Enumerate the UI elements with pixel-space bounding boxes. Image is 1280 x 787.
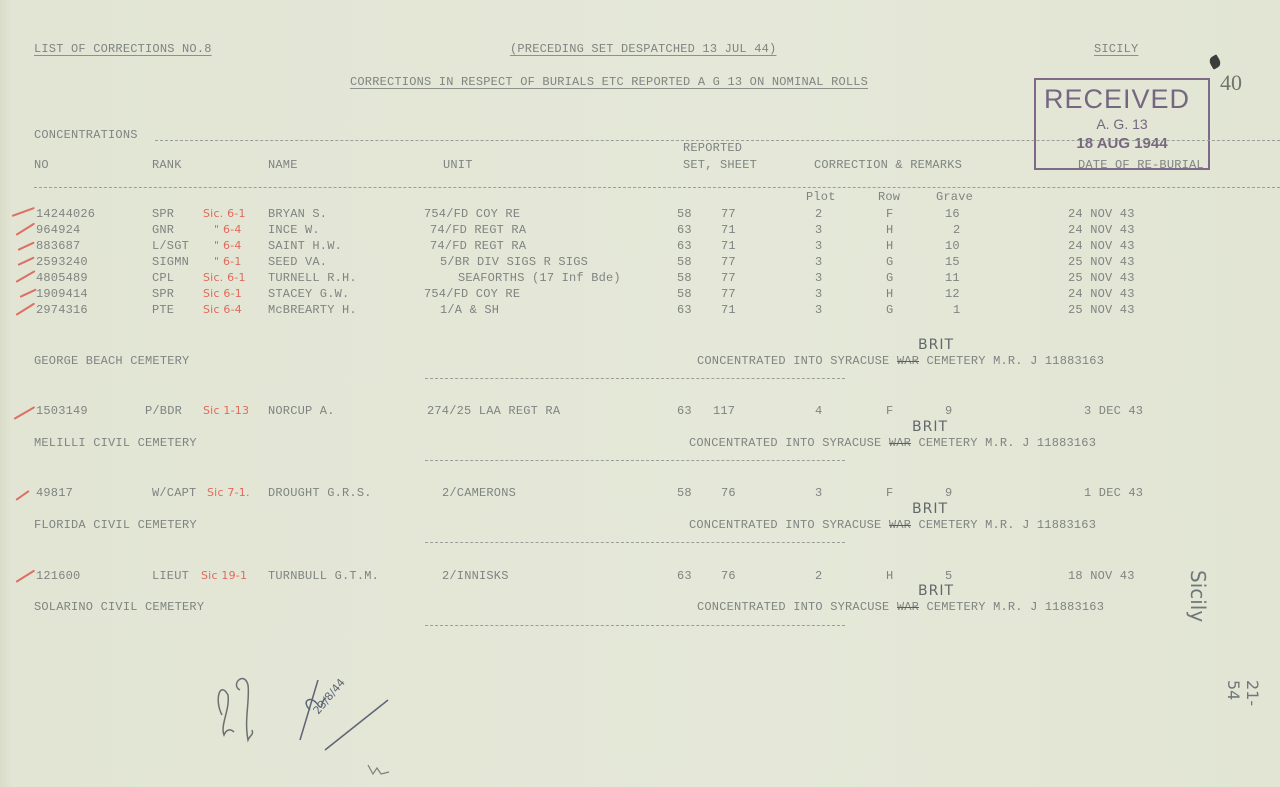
plot: 3	[815, 287, 822, 301]
plot: 4	[815, 404, 822, 418]
rank: PTE	[152, 303, 174, 317]
strikethrough	[889, 443, 911, 444]
rank: GNR	[152, 223, 174, 237]
grave: 9	[945, 404, 952, 418]
divider	[425, 378, 845, 379]
red-annotation: Sic. 6-1	[203, 271, 246, 285]
document-page: LIST OF CORRECTIONS NO.8 (PRECEDING SET …	[0, 0, 1280, 787]
rank: P/BDR	[145, 404, 182, 418]
unit: 2/CAMERONS	[442, 486, 516, 500]
col-plot: Plot	[806, 190, 836, 204]
red-check-icon	[14, 406, 36, 420]
divider	[34, 187, 1280, 188]
col-grave: Grave	[936, 190, 973, 204]
rank: SIGMN	[152, 255, 189, 269]
reburial-date: 24 NOV 43	[1068, 207, 1135, 221]
col-row: Row	[878, 190, 900, 204]
red-check-icon	[20, 288, 37, 297]
reburial-date: 25 NOV 43	[1068, 303, 1135, 317]
reburial-date: 24 NOV 43	[1068, 287, 1135, 301]
service-number: 1503149	[36, 404, 88, 418]
struck-word: WAR	[897, 600, 919, 614]
unit: 74/FD REGT RA	[430, 239, 526, 253]
set: 63	[677, 223, 692, 237]
name: TURNELL R.H.	[268, 271, 357, 285]
red-check-icon	[15, 490, 29, 501]
set: 58	[677, 486, 692, 500]
section-title: CONCENTRATIONS	[34, 128, 138, 142]
sheet: 77	[721, 271, 736, 285]
handwritten-insert: BRIT	[918, 337, 954, 353]
grave: 2	[953, 223, 960, 237]
service-number: 14244026	[36, 207, 95, 221]
name: INCE W.	[268, 223, 320, 237]
reburial-date: 24 NOV 43	[1068, 239, 1135, 253]
stamp-office: A. G. 13	[1036, 116, 1208, 132]
set: 58	[677, 255, 692, 269]
sheet: 77	[721, 207, 736, 221]
document-subtitle: CORRECTIONS IN RESPECT OF BURIALS ETC RE…	[350, 75, 868, 89]
name: STACEY G.W.	[268, 287, 349, 301]
stamp-title: RECEIVED	[1044, 84, 1190, 115]
strikethrough	[897, 607, 919, 608]
service-number: 1909414	[36, 287, 88, 301]
pencil-mark-icon	[1208, 54, 1223, 69]
set: 63	[677, 404, 692, 418]
remark-suffix: CEMETERY M.R. J 11883163	[926, 600, 1104, 614]
row: H	[886, 287, 893, 301]
set: 63	[677, 239, 692, 253]
service-number: 2974316	[36, 303, 88, 317]
sheet: 71	[721, 223, 736, 237]
cemetery-name: FLORIDA CIVIL CEMETERY	[34, 518, 197, 532]
rank: W/CAPT	[152, 486, 196, 500]
handwritten-signature-icon	[200, 640, 400, 780]
grave: 16	[945, 207, 960, 221]
sheet: 117	[713, 404, 735, 418]
rank: SPR	[152, 207, 174, 221]
struck-word: WAR	[889, 518, 911, 532]
grave: 5	[945, 569, 952, 583]
divider	[425, 460, 845, 461]
sheet: 77	[721, 287, 736, 301]
remark-text: CONCENTRATED INTO SYRACUSE WAR CEMETERY …	[697, 600, 1104, 614]
set: 58	[677, 207, 692, 221]
red-check-icon	[12, 207, 35, 217]
list-title: LIST OF CORRECTIONS NO.8	[34, 42, 212, 56]
rank: CPL	[152, 271, 174, 285]
service-number: 2593240	[36, 255, 88, 269]
red-check-icon	[15, 302, 35, 315]
row: G	[886, 271, 893, 285]
remark-suffix: CEMETERY M.R. J 11883163	[918, 436, 1096, 450]
sheet: 71	[721, 303, 736, 317]
unit: 274/25 LAA REGT RA	[427, 404, 560, 418]
rank: LIEUT	[152, 569, 189, 583]
reburial-date: 1 DEC 43	[1084, 486, 1143, 500]
remark-prefix: CONCENTRATED INTO SYRACUSE	[689, 518, 881, 532]
name: SAINT H.W.	[268, 239, 342, 253]
strikethrough	[897, 361, 919, 362]
name: DROUGHT G.R.S.	[268, 486, 372, 500]
red-annotation: " 6-1	[214, 255, 242, 269]
grave: 15	[945, 255, 960, 269]
grave: 12	[945, 287, 960, 301]
sheet: 71	[721, 239, 736, 253]
page-number: 40	[1220, 70, 1242, 96]
red-check-icon	[18, 241, 35, 250]
reburial-date: 24 NOV 43	[1068, 223, 1135, 237]
red-annotation: Sic 1-13	[203, 404, 249, 418]
row: F	[886, 207, 893, 221]
name: SEED VA.	[268, 255, 327, 269]
plot: 3	[815, 486, 822, 500]
row: G	[886, 303, 893, 317]
grave: 9	[945, 486, 952, 500]
red-annotation: Sic 7-1.	[207, 486, 250, 500]
remark-text: CONCENTRATED INTO SYRACUSE WAR CEMETERY …	[689, 436, 1096, 450]
name: McBREARTY H.	[268, 303, 357, 317]
row: F	[886, 486, 893, 500]
red-check-icon	[15, 569, 35, 582]
unit: SEAFORTHS (17 Inf Bde)	[458, 271, 621, 285]
plot: 3	[815, 271, 822, 285]
grave: 1	[953, 303, 960, 317]
set: 63	[677, 569, 692, 583]
struck-word: WAR	[889, 436, 911, 450]
divider	[425, 625, 845, 626]
remark-prefix: CONCENTRATED INTO SYRACUSE	[697, 600, 889, 614]
plot: 3	[815, 223, 822, 237]
reburial-date: 25 NOV 43	[1068, 271, 1135, 285]
remark-suffix: CEMETERY M.R. J 11883163	[918, 518, 1096, 532]
set: 58	[677, 271, 692, 285]
red-annotation: Sic 6-4	[203, 303, 242, 317]
cemetery-name: MELILLI CIVIL CEMETERY	[34, 436, 197, 450]
margin-note: Sicily	[1186, 570, 1210, 622]
reburial-date: 18 NOV 43	[1068, 569, 1135, 583]
stamp-date: 18 AUG 1944	[1036, 135, 1208, 152]
row: G	[886, 255, 893, 269]
col-reported: REPORTED	[683, 141, 742, 155]
remark-text: CONCENTRATED INTO SYRACUSE WAR CEMETERY …	[697, 354, 1104, 368]
row: H	[886, 569, 893, 583]
margin-reference: 21-54	[1224, 680, 1262, 706]
red-annotation: " 6-4	[214, 239, 242, 253]
plot: 3	[815, 303, 822, 317]
strikethrough	[889, 525, 911, 526]
unit: 74/FD REGT RA	[430, 223, 526, 237]
red-check-icon	[18, 256, 35, 265]
plot: 2	[815, 569, 822, 583]
set: 63	[677, 303, 692, 317]
service-number: 4805489	[36, 271, 88, 285]
sheet: 76	[721, 486, 736, 500]
unit: 5/BR DIV SIGS R SIGS	[440, 255, 588, 269]
service-number: 883687	[36, 239, 80, 253]
grave: 11	[945, 271, 960, 285]
preceding-set-note: (PRECEDING SET DESPATCHED 13 JUL 44)	[510, 42, 776, 56]
unit: 754/FD COY RE	[424, 207, 520, 221]
row: H	[886, 223, 893, 237]
struck-word: WAR	[897, 354, 919, 368]
col-rank: RANK	[152, 158, 182, 172]
remark-prefix: CONCENTRATED INTO SYRACUSE	[689, 436, 881, 450]
col-name: NAME	[268, 158, 298, 172]
col-correction: CORRECTION & REMARKS	[814, 158, 962, 172]
plot: 3	[815, 255, 822, 269]
red-annotation: Sic. 6-1	[203, 207, 246, 221]
reburial-date: 3 DEC 43	[1084, 404, 1143, 418]
row: F	[886, 404, 893, 418]
col-set-sheet: SET, SHEET	[683, 158, 757, 172]
plot: 3	[815, 239, 822, 253]
name: TURNBULL G.T.M.	[268, 569, 379, 583]
red-annotation: " 6-4	[214, 223, 242, 237]
service-number: 964924	[36, 223, 80, 237]
cemetery-name: SOLARINO CIVIL CEMETERY	[34, 600, 204, 614]
unit: 754/FD COY RE	[424, 287, 520, 301]
service-number: 49817	[36, 486, 73, 500]
red-check-icon	[15, 222, 35, 235]
region-label: SICILY	[1094, 42, 1138, 56]
col-date: DATE OF RE-BURIAL	[1078, 158, 1204, 172]
set: 58	[677, 287, 692, 301]
received-stamp: RECEIVED A. G. 13 18 AUG 1944	[1034, 78, 1210, 170]
name: BRYAN S.	[268, 207, 327, 221]
sheet: 77	[721, 255, 736, 269]
col-unit: UNIT	[443, 158, 473, 172]
rank: SPR	[152, 287, 174, 301]
pencil-tick-icon	[365, 760, 395, 780]
service-number: 121600	[36, 569, 80, 583]
remark-prefix: CONCENTRATED INTO SYRACUSE	[697, 354, 889, 368]
remark-text: CONCENTRATED INTO SYRACUSE WAR CEMETERY …	[689, 518, 1096, 532]
sheet: 76	[721, 569, 736, 583]
red-annotation: Sic 6-1	[203, 287, 242, 301]
handwritten-insert: BRIT	[918, 583, 954, 599]
red-check-icon	[16, 270, 36, 283]
cemetery-name: GEORGE BEACH CEMETERY	[34, 354, 189, 368]
row: H	[886, 239, 893, 253]
name: NORCUP A.	[268, 404, 335, 418]
plot: 2	[815, 207, 822, 221]
unit: 1/A & SH	[440, 303, 499, 317]
rank: L/SGT	[152, 239, 189, 253]
divider	[425, 542, 845, 543]
handwritten-insert: BRIT	[912, 501, 948, 517]
reburial-date: 25 NOV 43	[1068, 255, 1135, 269]
col-no: NO	[34, 158, 49, 172]
unit: 2/INNISKS	[442, 569, 509, 583]
red-annotation: Sic 19-1	[201, 569, 247, 583]
remark-suffix: CEMETERY M.R. J 11883163	[926, 354, 1104, 368]
grave: 10	[945, 239, 960, 253]
handwritten-insert: BRIT	[912, 419, 948, 435]
